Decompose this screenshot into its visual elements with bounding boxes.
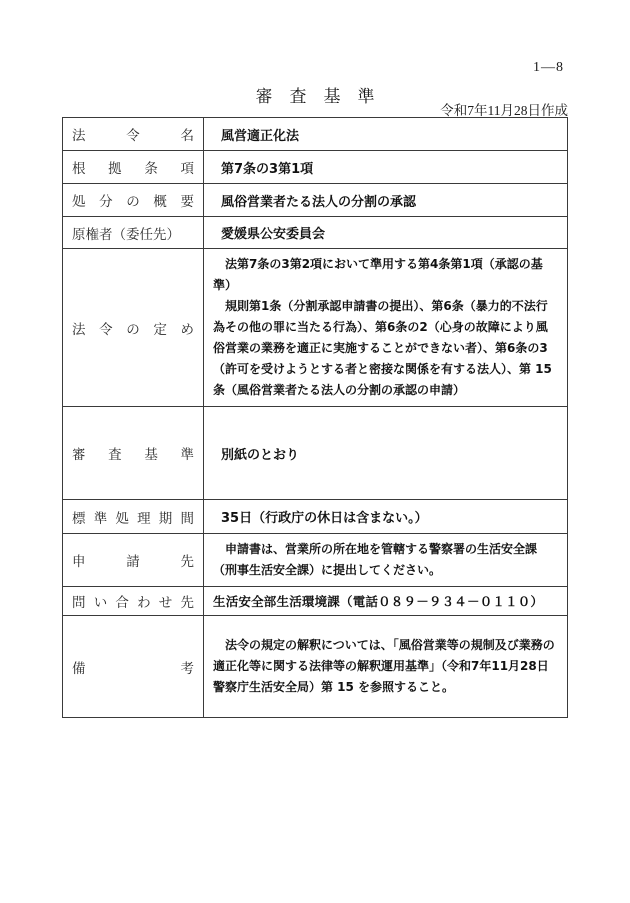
- row-value-legal-basis: 第7条の3第1項: [204, 151, 568, 184]
- table-row-original-authority: 原権者（委任先） 愛媛県公安委員会: [63, 217, 568, 249]
- remarks-text: 法令の規定の解釈については、「風俗営業等の規制及び業務の適正化等に関する法律等の…: [213, 635, 559, 698]
- application-destination-text: 申請書は、営業所の所在地を管轄する警察署の生活安全課（刑事生活安全課）に提出して…: [213, 539, 559, 581]
- table-row-examination-standards: 審査基準 別紙のとおり: [63, 407, 568, 500]
- row-label-legal-provisions: 法令の定め: [63, 249, 204, 407]
- row-value-disposition-summary: 風俗営業者たる法人の分割の承認: [204, 184, 568, 217]
- row-value-examination-standards: 別紙のとおり: [204, 407, 568, 500]
- created-date: 令和7年11月28日作成: [440, 99, 568, 119]
- table-row-disposition-summary: 処分の概要 風俗営業者たる法人の分割の承認: [63, 184, 568, 217]
- row-value-legal-provisions: 法第7条の3第2項において準用する第4条第1項（承認の基準） 規則第1条（分割承…: [204, 249, 568, 407]
- table-row-contact: 問い合わせ先 生活安全部生活環境課（電話０８９－９３４－０１１０）: [63, 587, 568, 616]
- legal-provisions-paragraph-2: 規則第1条（分割承認申請書の提出）、第6条（暴力的不法行為その他の罪に当たる行為…: [213, 296, 559, 401]
- row-value-application-destination: 申請書は、営業所の所在地を管轄する警察署の生活安全課（刑事生活安全課）に提出して…: [204, 534, 568, 587]
- row-label-law-name: 法令名: [63, 118, 204, 151]
- table-row-legal-provisions: 法令の定め 法第7条の3第2項において準用する第4条第1項（承認の基準） 規則第…: [63, 249, 568, 407]
- row-label-application-destination: 申請先: [63, 534, 204, 587]
- row-label-contact: 問い合わせ先: [63, 587, 204, 616]
- table-row-standard-processing-period: 標準処理期間 35日（行政庁の休日は含まない。）: [63, 500, 568, 534]
- row-label-disposition-summary: 処分の概要: [63, 184, 204, 217]
- page-number: 1—8: [533, 60, 564, 76]
- row-value-remarks: 法令の規定の解釈については、「風俗営業等の規制及び業務の適正化等に関する法律等の…: [204, 616, 568, 718]
- row-value-standard-processing-period: 35日（行政庁の休日は含まない。）: [204, 500, 568, 534]
- row-value-original-authority: 愛媛県公安委員会: [204, 217, 568, 249]
- document-page: 1—8 審査基準 令和7年11月28日作成 法令名 風営適正化法 根拠条項 第7…: [0, 0, 630, 903]
- row-value-law-name: 風営適正化法: [204, 118, 568, 151]
- row-label-original-authority: 原権者（委任先）: [63, 217, 204, 249]
- standards-table: 法令名 風営適正化法 根拠条項 第7条の3第1項 処分の概要 風俗営業者たる法人…: [62, 117, 568, 718]
- row-label-legal-basis: 根拠条項: [63, 151, 204, 184]
- row-value-contact: 生活安全部生活環境課（電話０８９－９３４－０１１０）: [204, 587, 568, 616]
- table-row-application-destination: 申請先 申請書は、営業所の所在地を管轄する警察署の生活安全課（刑事生活安全課）に…: [63, 534, 568, 587]
- legal-provisions-paragraph-1: 法第7条の3第2項において準用する第4条第1項（承認の基準）: [213, 254, 559, 296]
- row-label-remarks: 備考: [63, 616, 204, 718]
- table-row-law-name: 法令名 風営適正化法: [63, 118, 568, 151]
- table-row-remarks: 備考 法令の規定の解釈については、「風俗営業等の規制及び業務の適正化等に関する法…: [63, 616, 568, 718]
- row-label-examination-standards: 審査基準: [63, 407, 204, 500]
- row-label-standard-processing-period: 標準処理期間: [63, 500, 204, 534]
- table-row-legal-basis: 根拠条項 第7条の3第1項: [63, 151, 568, 184]
